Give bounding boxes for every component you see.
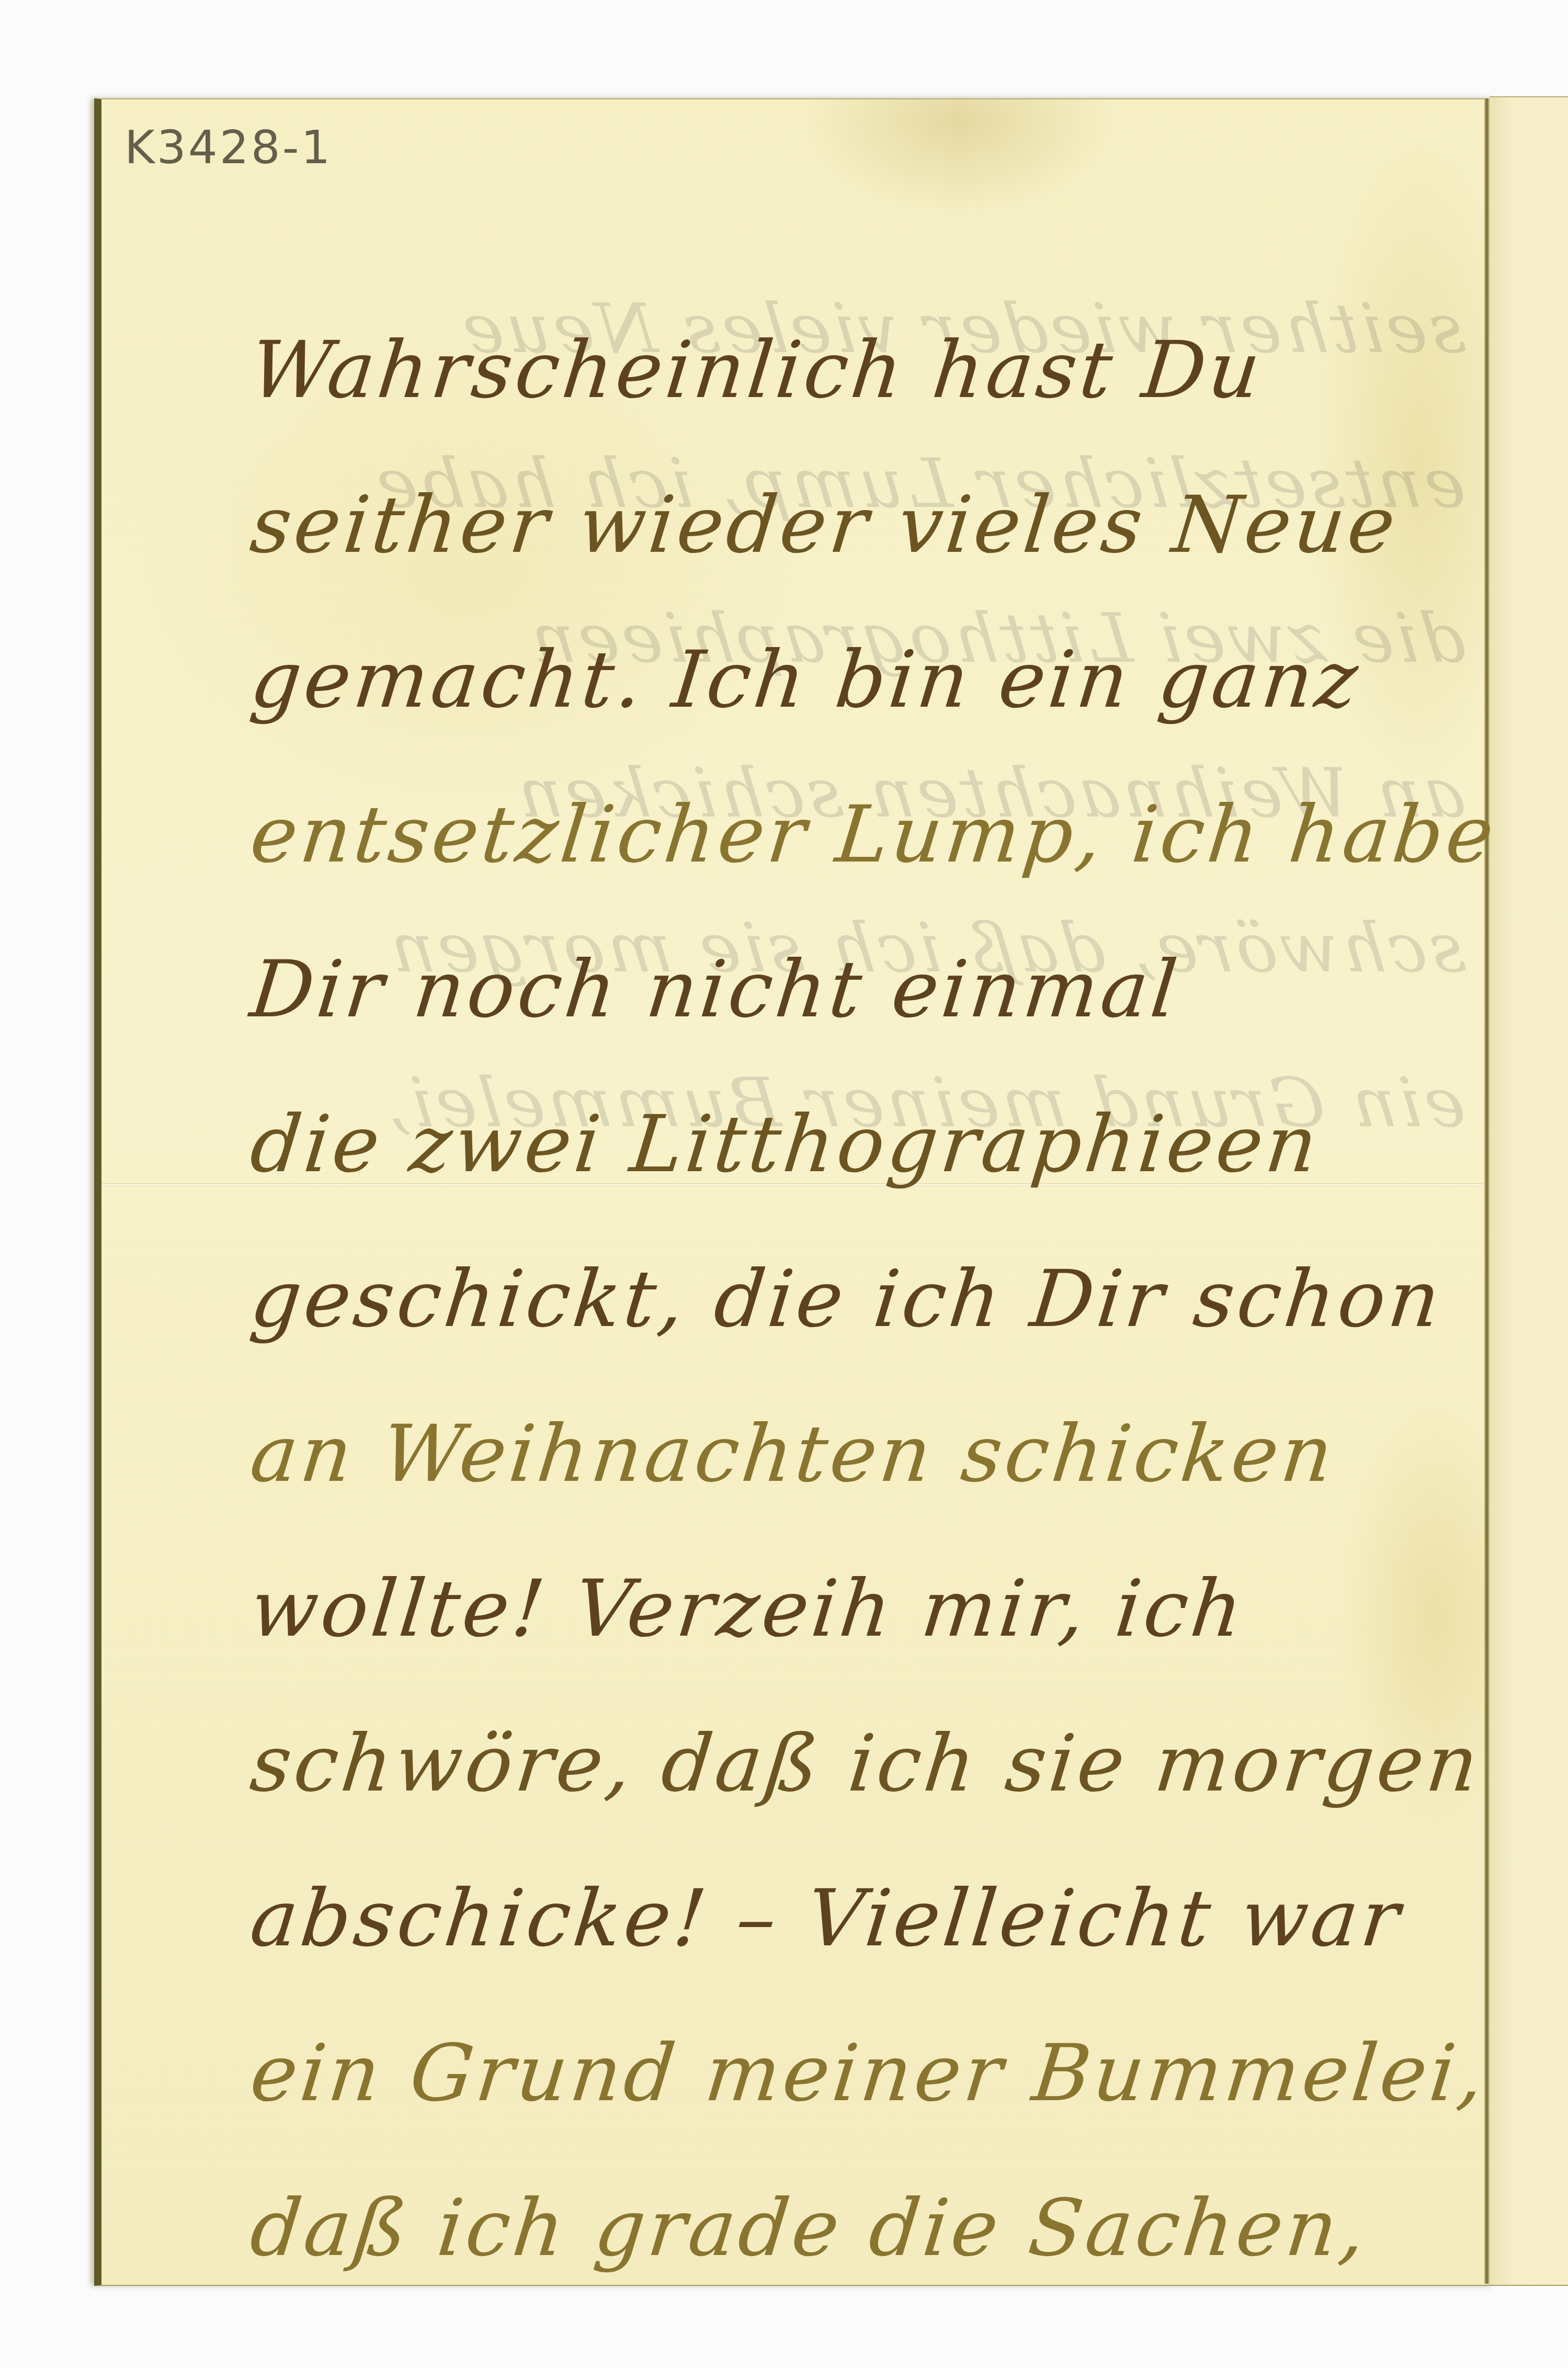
- letter-body: Wahrscheinlich hast Du seither wieder vi…: [251, 293, 1454, 2306]
- archive-catalog-number: K3428-1: [124, 120, 332, 174]
- letter-line-11: abschicke! – Vielleicht war: [243, 1841, 1462, 1996]
- letter-line-1: Wahrscheinlich hast Du: [243, 293, 1462, 448]
- letter-line-10: schwöre, daß ich sie morgen: [243, 1686, 1462, 1841]
- spine-fold: [1484, 98, 1490, 2284]
- letter-line-4: entsetzlicher Lump, ich habe: [243, 757, 1462, 912]
- letter-line-13: daß ich grade die Sachen,: [243, 2151, 1462, 2306]
- letter-line-8: an Weihnachten schicken: [243, 1377, 1462, 1532]
- letter-line-5: Dir noch nicht einmal: [243, 912, 1462, 1067]
- letter-line-12: ein Grund meiner Bummelei,: [243, 1996, 1462, 2151]
- document-scan: seither wieder vieles Neue entsetzlicher…: [0, 0, 1568, 2368]
- letter-line-3: gemacht. Ich bin ein ganz: [243, 603, 1462, 757]
- facing-page-edge: [1490, 96, 1568, 2286]
- letter-line-9: wollte! Verzeih mir, ich: [243, 1532, 1462, 1686]
- letter-line-7: geschickt, die ich Dir schon: [243, 1222, 1462, 1377]
- letter-line-2: seither wieder vieles Neue: [243, 448, 1462, 603]
- letter-line-6: die zwei Litthographieen: [243, 1067, 1462, 1222]
